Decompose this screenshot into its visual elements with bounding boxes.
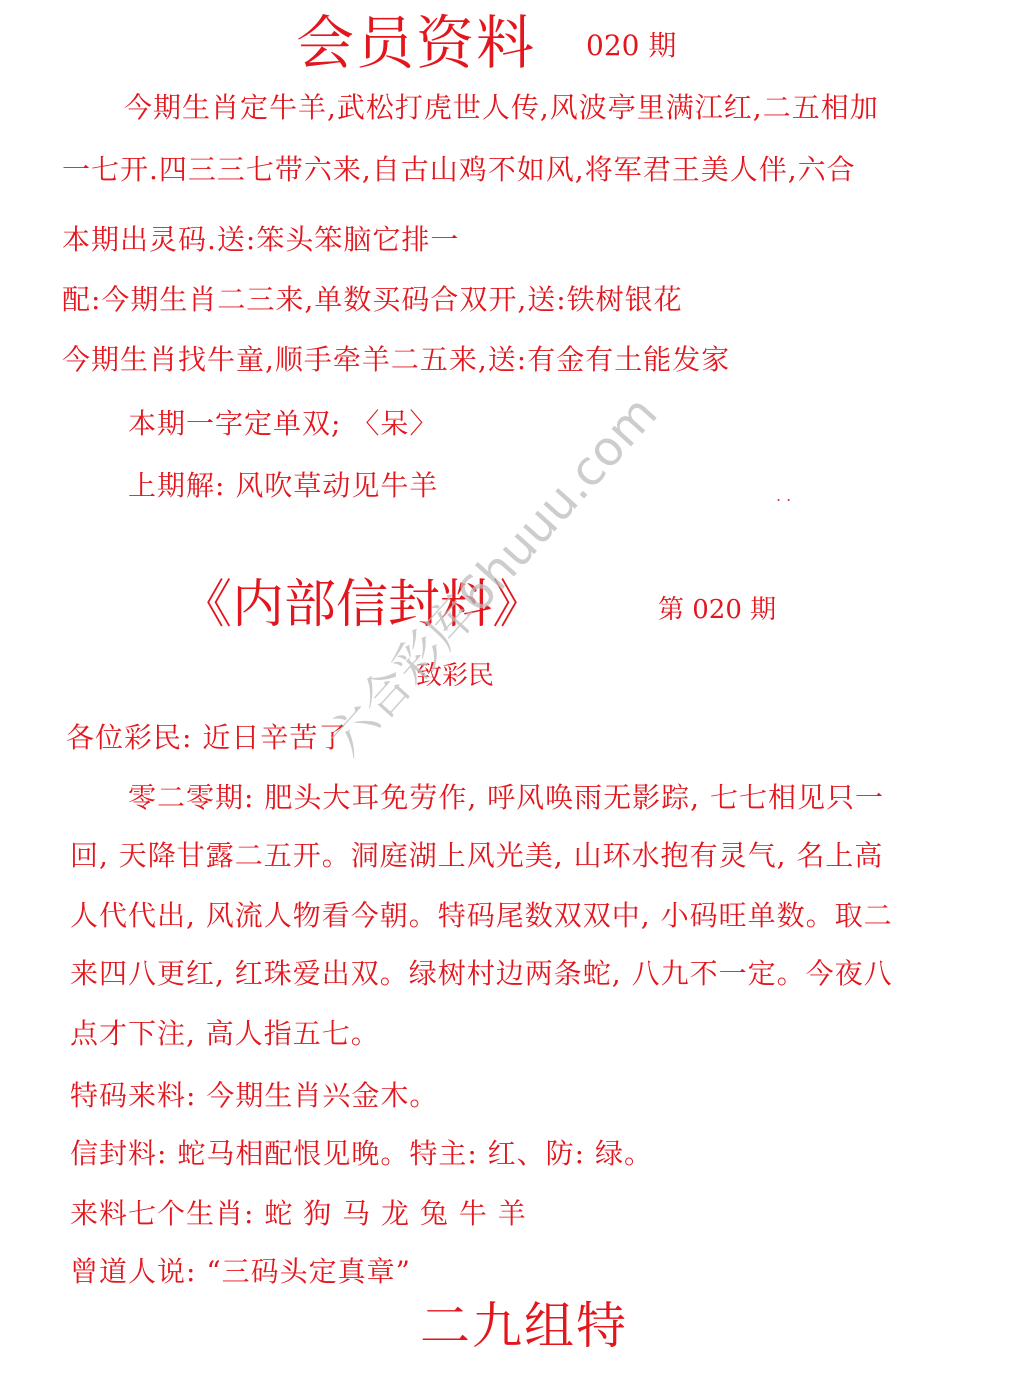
- greeting: 各位彩民: 近日辛苦了: [66, 718, 347, 758]
- final-verdict: 二九组特: [420, 1294, 628, 1358]
- dots-mark: . .: [776, 486, 791, 505]
- poem-line: 零二零期: 肥头大耳免劳作, 呼风唤雨无影踪, 七七相见只一: [128, 778, 884, 818]
- text-line: 上期解: 风吹草动见牛羊: [128, 466, 438, 506]
- item-line: 特码来料: 今期生肖兴金木。: [70, 1076, 438, 1116]
- text-line: 今期生肖定牛羊,武松打虎世人传,风波亭里满江红,二五相加: [124, 88, 879, 128]
- member-info-title: 会员资料: [296, 8, 536, 78]
- item-line: 信封料: 蛇马相配恨见晚。特主: 红、防: 绿。: [70, 1134, 653, 1174]
- item-line: 曾道人说: “三码头定真章”: [70, 1252, 411, 1292]
- poem-line: 人代代出, 风流人物看今朝。特码尾数双双中, 小码旺单数。取二: [70, 896, 893, 936]
- text-line: 本期一字定单双; 〈呆〉: [128, 404, 438, 444]
- poem-line: 回, 天降甘露二五开。洞庭湖上风光美, 山环水抱有灵气, 名上高: [70, 836, 883, 876]
- poem-line: 来四八更红, 红珠爱出双。绿树村边两条蛇, 八九不一定。今夜八: [70, 954, 893, 994]
- text-line: 配:今期生肖二三来,单数买码合双开,送:铁树银花: [62, 280, 683, 320]
- envelope-issue: 第 020 期: [658, 590, 776, 630]
- text-line: 本期出灵码.送:笨头笨脑它排一: [62, 220, 459, 260]
- text-line: 今期生肖找牛童,顺手牵羊二五来,送:有金有土能发家: [62, 340, 730, 380]
- item-line: 来料七个生肖: 蛇 狗 马 龙 兔 牛 羊: [70, 1194, 527, 1234]
- poem-line: 点才下注, 高人指五七。: [70, 1014, 380, 1054]
- text-line: 一七开.四三三七带六来,自古山鸡不如风,将军君王美人伴,六合: [62, 150, 856, 190]
- member-info-issue: 020 期: [586, 26, 676, 66]
